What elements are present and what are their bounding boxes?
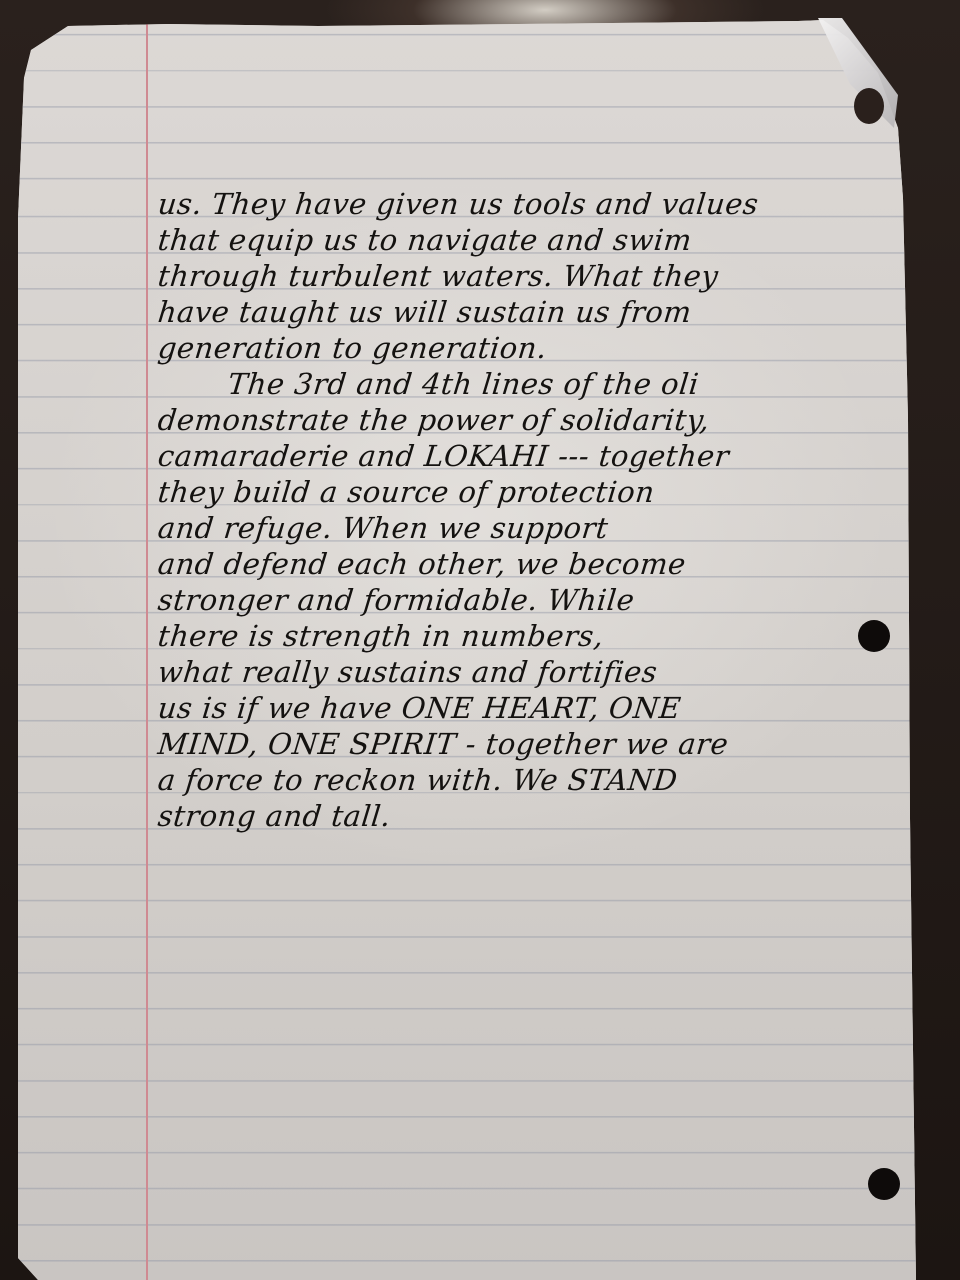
text-line: MIND, ONE SPIRIT - together we are xyxy=(156,726,900,762)
text-line: camaraderie and LOKAHI --- together xyxy=(156,438,900,474)
text-line: generation to generation. xyxy=(156,330,900,366)
text-line: that equip us to navigate and swim xyxy=(156,222,900,258)
text-line: and refuge. When we support xyxy=(156,510,900,546)
text-line: what really sustains and fortifies xyxy=(156,654,900,690)
text-line: stronger and formidable. While xyxy=(156,582,900,618)
text-line: us. They have given us tools and values xyxy=(156,186,900,222)
punch-hole-top xyxy=(854,88,884,124)
bleed-through-text xyxy=(150,840,880,1240)
text-line: strong and tall. xyxy=(156,798,900,834)
text-line: demonstrate the power of solidarity, xyxy=(156,402,900,438)
text-line: they build a source of protection xyxy=(156,474,900,510)
text-line: through turbulent waters. What they xyxy=(156,258,900,294)
text-line: a force to reckon with. We STAND xyxy=(156,762,900,798)
text-line: us is if we have ONE HEART, ONE xyxy=(156,690,900,726)
handwritten-text: us. They have given us tools and values … xyxy=(158,186,898,834)
photo-background: us. They have given us tools and values … xyxy=(0,0,960,1280)
paragraph-start-line: The 3rd and 4th lines of the oli xyxy=(156,366,900,402)
text-line: and defend each other, we become xyxy=(156,546,900,582)
text-line: have taught us will sustain us from xyxy=(156,294,900,330)
text-line: there is strength in numbers, xyxy=(156,618,900,654)
